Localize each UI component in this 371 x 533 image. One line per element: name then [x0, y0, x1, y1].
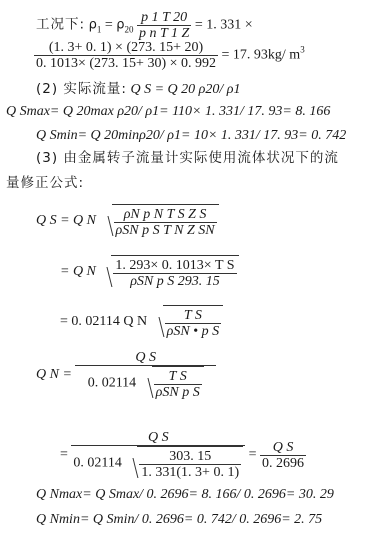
density-fraction: (1. 3+ 0. 1) × (273. 15+ 20) 0. 1013× (2…: [34, 40, 218, 71]
square-root: 303. 15 1. 331(1. 3+ 0. 1): [125, 446, 243, 480]
qn-formula: Q N = Q S 0. 02114 T S ρSN p S: [36, 350, 216, 400]
correction-formula-substituted: = Q N 1. 293× 0. 1013× T S ρSN p S 293. …: [60, 255, 239, 289]
density-result: = 17. 93kg/ m: [222, 48, 301, 63]
correction-heading-cont: 量修正公式:: [6, 175, 84, 191]
actual-flow-heading: (2) 实际流量: Q S = Q 20 ρ20/ ρ1: [36, 81, 240, 98]
working-condition-label: 工况下:: [36, 17, 85, 33]
qs-max-line: Q Smax= Q 20max ρ20/ ρ1= 110× 1. 331/ 17…: [6, 104, 330, 120]
square-root: T S ρSN p S: [140, 366, 204, 400]
qn-max-line: Q Nmax= Q Smax/ 0. 2696= 8. 166/ 0. 2696…: [36, 487, 334, 503]
square-root: T S ρSN • p S: [151, 305, 223, 339]
correction-formula-general: Q S = Q N ρN p N T S Z S ρSN p S T N Z S…: [36, 204, 219, 238]
rho-symbol: ρ: [89, 18, 97, 33]
qn-numeric-formula: = Q S 0. 02114 303. 15 1. 331(1. 3+ 0. 1…: [60, 430, 306, 480]
working-condition-density-line: 工况下: ρ1 = ρ20 p 1 T 20 p n T 1 Z = 1. 33…: [36, 10, 253, 41]
square-root: 1. 293× 0. 1013× T S ρSN p S 293. 15: [99, 255, 238, 289]
correction-formula-simplified: = 0. 02114 Q N T S ρSN • p S: [60, 305, 223, 339]
qn-min-line: Q Nmin= Q Smin/ 0. 2696= 0. 742/ 0. 2696…: [36, 512, 322, 528]
square-root: ρN p N T S Z S ρSN p S T N Z SN: [100, 204, 219, 238]
pressure-temperature-fraction: p 1 T 20 p n T 1 Z: [137, 10, 191, 41]
density-calculation-line: (1. 3+ 0. 1) × (273. 15+ 20) 0. 1013× (2…: [34, 40, 305, 71]
actual-flow-formula: Q S = Q 20 ρ20/ ρ1: [130, 82, 240, 97]
rho-symbol: ρ: [116, 18, 124, 33]
correction-heading: (3) 由金属转子流量计实际使用流体状况下的流: [36, 150, 339, 166]
qs-min-line: Q Smin= Q 20minρ20/ ρ1= 10× 1. 331/ 17. …: [36, 128, 346, 144]
